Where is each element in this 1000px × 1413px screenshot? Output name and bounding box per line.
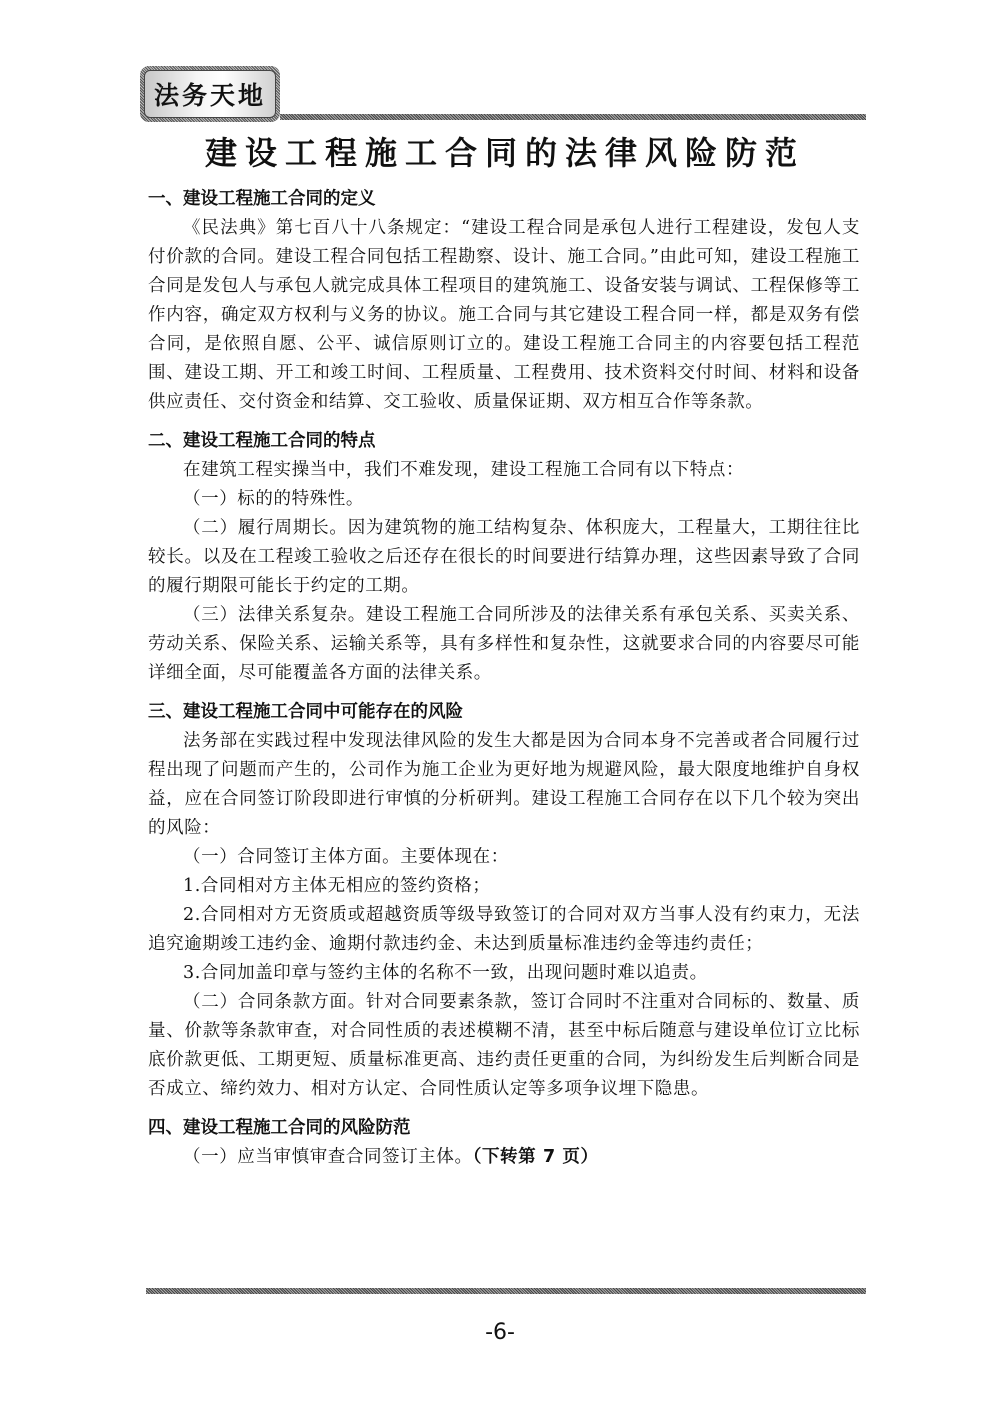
section-heading-4: 四、建设工程施工合同的风险防范 bbox=[148, 1114, 860, 1143]
paragraph: （三）法律关系复杂。建设工程施工合同所涉及的法律关系有承包关系、买卖关系、劳动关… bbox=[148, 601, 860, 688]
column-label: 法务天地 bbox=[144, 70, 276, 118]
paragraph: （二）合同条款方面。针对合同要素条款，签订合同时不注重对合同标的、数量、质量、价… bbox=[148, 988, 860, 1104]
paragraph: （一）应当审慎审查合同签订主体。（下转第 7 页） bbox=[148, 1143, 860, 1172]
header-divider bbox=[280, 114, 866, 120]
paragraph: （一）标的的特殊性。 bbox=[148, 485, 860, 514]
paragraph: （二）履行周期长。因为建筑物的施工结构复杂、体积庞大，工程量大，工期往往比较长。… bbox=[148, 514, 860, 601]
section-heading-2: 二、建设工程施工合同的特点 bbox=[148, 427, 860, 456]
paragraph: 《民法典》第七百八十八条规定：“建设工程合同是承包人进行工程建设，发包人支付价款… bbox=[148, 214, 860, 417]
paragraph: （一）合同签订主体方面。主要体现在： bbox=[148, 843, 860, 872]
document-page: 法务天地 建设工程施工合同的法律风险防范 一、建设工程施工合同的定义 《民法典》… bbox=[0, 0, 1000, 1413]
continuation-note: （下转第 7 页） bbox=[473, 1147, 599, 1167]
footer-divider bbox=[146, 1288, 866, 1294]
list-item: 3.合同加盖印章与签约主体的名称不一致，出现问题时难以追责。 bbox=[148, 959, 860, 988]
section-heading-3: 三、建设工程施工合同中可能存在的风险 bbox=[148, 698, 860, 727]
paragraph: 在建筑工程实操当中，我们不难发现，建设工程施工合同有以下特点： bbox=[148, 456, 860, 485]
section-heading-1: 一、建设工程施工合同的定义 bbox=[148, 185, 860, 214]
list-item: 2.合同相对方无资质或超越资质等级导致签订的合同对双方当事人没有约束力，无法追究… bbox=[148, 901, 860, 959]
article-body: 一、建设工程施工合同的定义 《民法典》第七百八十八条规定：“建设工程合同是承包人… bbox=[148, 185, 860, 1172]
page-number: -6- bbox=[0, 1320, 1000, 1345]
paragraph: 法务部在实践过程中发现法律风险的发生大都是因为合同本身不完善或者合同履行过程出现… bbox=[148, 727, 860, 843]
list-item: 1.合同相对方主体无相应的签约资格； bbox=[148, 872, 860, 901]
article-title: 建设工程施工合同的法律风险防范 bbox=[140, 128, 870, 174]
column-label-box: 法务天地 bbox=[140, 66, 280, 122]
paragraph-text: （一）应当审慎审查合同签订主体。 bbox=[183, 1147, 473, 1167]
